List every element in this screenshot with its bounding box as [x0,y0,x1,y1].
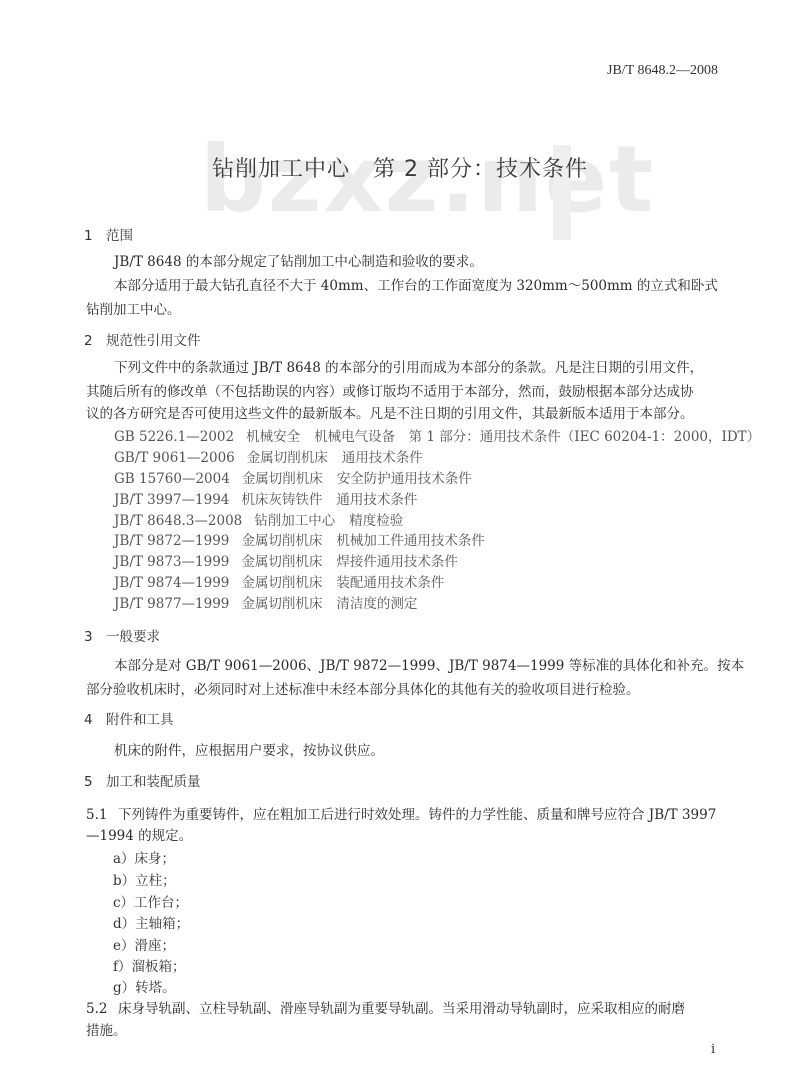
list-item: a）床身； [113,847,175,867]
reference-item: GB 5226.1—2002机械安全机械电气设备 第 1 部分：通用技术条件（I… [114,425,760,445]
reference-subtitle: 通用技术条件 [342,450,423,466]
reference-subtitle: 通用技术条件 [336,492,417,508]
reference-title: 机械安全 [246,429,300,445]
section-number: 5 [84,774,106,790]
paragraph-line: 本部分适用于最大钻孔直径不大于 40mm、工作台的工作面宽度为 320mm～50… [114,274,718,294]
section-number: 4 [84,712,106,728]
paragraph-line: 本部分是对 GB/T 9061—2006、JB/T 9872—1999、JB/T… [114,654,744,674]
section-5-heading: 5加工和装配质量 [84,770,201,790]
reference-title: 金属切削机床 [241,575,322,591]
section-title: 附件和工具 [106,712,174,728]
section-number: 1 [84,228,106,244]
list-item: e）滑座； [113,934,175,954]
clause-number: 5.2 [86,1001,118,1017]
reference-title: 金属切削机床 [241,596,322,612]
reference-item: JB/T 9874—1999金属切削机床装配通用技术条件 [114,571,444,591]
reference-item: JB/T 9877—1999金属切削机床清洁度的测定 [114,592,417,612]
reference-title: 金属切削机床 [247,450,328,466]
section-2-heading: 2规范性引用文件 [84,329,201,349]
reference-code: JB/T 8648.3—2008 [114,513,242,529]
reference-item: JB/T 3997—1994机床灰铸铁件通用技术条件 [114,488,417,508]
reference-title: 机床灰铸铁件 [241,492,322,508]
paragraph-line: JB/T 8648 的本部分规定了钻削加工中心制造和验收的要求。 [114,250,483,270]
reference-item: GB 15760—2004金属切削机床安全防护通用技术条件 [114,467,472,487]
section-title: 范围 [106,228,133,244]
reference-code: JB/T 9872—1999 [114,533,229,549]
paragraph-line: 部分验收机床时，必须同时对上述标准中未经本部分具体化的其他有关的验收项目进行检验… [86,678,640,698]
paragraph-line: 钻削加工中心。 [86,298,181,318]
paragraph-line: 下列文件中的条款通过 JB/T 8648 的本部分的引用而成为本部分的条款。凡是… [114,356,703,376]
reference-code: JB/T 9873—1999 [114,554,229,570]
paragraph-line: —1994 的规定。 [86,824,192,844]
reference-subtitle: 机械加工件通用技术条件 [336,533,485,549]
reference-code: GB/T 9061—2006 [114,450,235,466]
section-number: 2 [84,333,106,349]
list-item: d）主轴箱； [113,912,189,932]
list-item: b）立柱； [113,869,176,889]
reference-subtitle: 机械电气设备 第 1 部分：通用技术条件（IEC 60204-1：2000，ID… [314,429,760,445]
reference-item: JB/T 9872—1999金属切削机床机械加工件通用技术条件 [114,529,485,549]
list-item: f）溜板箱； [113,955,186,975]
list-item: g）转塔。 [113,976,176,996]
reference-subtitle: 装配通用技术条件 [336,575,444,591]
section-1-heading: 1范围 [84,224,133,244]
reference-code: GB 5226.1—2002 [114,429,234,445]
clause-5-1: 5.1下列铸件为重要铸件，应在粗加工后进行时效处理。铸件的力学性能、质量和牌号应… [86,803,716,823]
paragraph-line: 机床的附件，应根据用户要求，按协议供应。 [114,739,384,759]
reference-title: 金属切削机床 [241,554,322,570]
reference-code: GB 15760—2004 [114,471,230,487]
section-title: 规范性引用文件 [106,333,201,349]
section-3-heading: 3一般要求 [84,625,160,645]
reference-item: JB/T 8648.3—2008钻削加工中心精度检验 [114,509,403,529]
reference-code: JB/T 9877—1999 [114,596,229,612]
paragraph-line: 措施。 [86,1019,127,1039]
section-title: 加工和装配质量 [106,774,201,790]
page-number: i [711,1042,715,1057]
reference-item: GB/T 9061—2006金属切削机床通用技术条件 [114,446,423,466]
section-title: 一般要求 [106,629,160,645]
reference-title: 金属切削机床 [242,471,323,487]
reference-subtitle: 焊接件通用技术条件 [336,554,458,570]
paragraph-line: 议的各方研究是否可使用这些文件的最新版本。凡是不注日期的引用文件，其最新版本适用… [86,402,694,422]
standard-code-header: JB/T 8648.2—2008 [607,63,718,79]
reference-subtitle: 精度检验 [349,513,403,529]
paragraph-line: 床身导轨副、立柱导轨副、滑座导轨副为重要导轨副。当采用滑动导轨副时，应采取相应的… [118,1001,685,1017]
clause-number: 5.1 [86,807,118,823]
paragraph-line: 其随后所有的修改单（不包括勘误的内容）或修订版均不适用于本部分，然而，鼓励根据本… [86,380,694,400]
reference-title: 钻削加工中心 [254,513,335,529]
reference-subtitle: 安全防护通用技术条件 [337,471,472,487]
reference-item: JB/T 9873—1999金属切削机床焊接件通用技术条件 [114,550,458,570]
clause-5-2: 5.2床身导轨副、立柱导轨副、滑座导轨副为重要导轨副。当采用滑动导轨副时，应采取… [86,997,685,1017]
section-number: 3 [84,629,106,645]
reference-subtitle: 清洁度的测定 [336,596,417,612]
paragraph-line: 下列铸件为重要铸件，应在粗加工后进行时效处理。铸件的力学性能、质量和牌号应符合 … [118,807,716,823]
list-item: c）工作台； [113,891,188,911]
reference-code: JB/T 9874—1999 [114,575,229,591]
document-title: 钻削加工中心 第 2 部分：技术条件 [0,152,800,183]
reference-title: 金属切削机床 [241,533,322,549]
section-4-heading: 4附件和工具 [84,708,174,728]
reference-code: JB/T 3997—1994 [114,492,229,508]
